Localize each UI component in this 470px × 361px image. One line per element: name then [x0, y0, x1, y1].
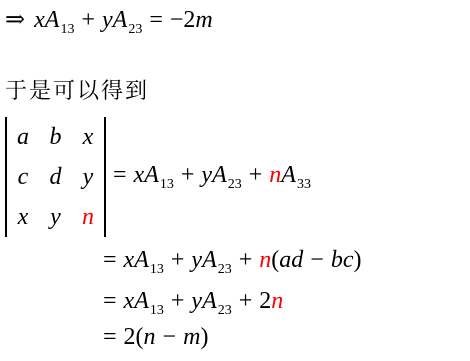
determinant-cell: n	[72, 197, 104, 237]
math-token: +	[181, 162, 195, 189]
math-token: A23	[212, 162, 242, 193]
math-subscript: 23	[218, 262, 232, 279]
math-token: n	[271, 287, 283, 316]
math-token: (	[136, 323, 144, 352]
math-token: −	[310, 246, 324, 275]
math-token: y	[201, 162, 212, 189]
math-token: =	[103, 323, 117, 352]
math-token: n	[144, 323, 156, 352]
math-token: =	[113, 162, 127, 189]
equation-line-result: =2(n−m)	[96, 323, 208, 352]
math-token: (	[271, 246, 279, 275]
math-token: +	[249, 162, 263, 189]
math-token: d	[50, 164, 62, 191]
equation-line-simplified: =xA13+yA23+2n	[96, 287, 283, 320]
math-token: A13	[134, 246, 164, 279]
math-token: y	[83, 164, 94, 191]
math-token: −2	[170, 6, 196, 35]
determinant-equation-line: a b x c d y x y n =xA13+yA23+nA33	[5, 117, 311, 237]
math-token: c	[18, 164, 29, 191]
math-token: x	[18, 204, 29, 231]
math-token: x	[83, 124, 94, 151]
math-token: +	[239, 287, 253, 316]
math-subscript: 13	[60, 22, 74, 39]
math-token: ad	[279, 246, 303, 275]
math-token: m	[195, 6, 212, 35]
math-token: )	[200, 323, 208, 352]
math-token: y	[50, 204, 61, 231]
determinant-cell: a	[7, 117, 39, 157]
math-subscript: 23	[128, 22, 142, 39]
math-token: x	[124, 287, 135, 316]
math-token: 2	[124, 323, 136, 352]
math-subscript: 13	[150, 303, 164, 320]
math-token: A33	[281, 162, 311, 193]
page: { "page": { "background": "#ffffff", "te…	[0, 0, 470, 361]
math-token: n	[82, 204, 94, 231]
determinant-cell: y	[72, 157, 104, 197]
math-token: +	[239, 246, 253, 275]
determinant-cell: x	[72, 117, 104, 157]
determinant: a b x c d y x y n	[5, 117, 106, 237]
math-token: +	[81, 6, 95, 35]
math-token: A13	[134, 287, 164, 320]
determinant-cell: x	[7, 197, 39, 237]
math-token: A23	[113, 6, 143, 39]
math-token: A13	[45, 6, 75, 39]
math-token: y	[102, 6, 113, 35]
determinant-expansion-rhs: =xA13+yA23+nA33	[106, 162, 311, 193]
math-subscript: 13	[160, 177, 174, 193]
math-token: x	[124, 246, 135, 275]
math-token: A23	[202, 287, 232, 320]
math-token: ⇒	[5, 6, 25, 35]
math-token: x	[34, 6, 45, 35]
math-token: m	[183, 323, 200, 352]
determinant-cell: b	[39, 117, 72, 157]
math-token: =	[103, 287, 117, 316]
math-token: =	[103, 246, 117, 275]
math-token: y	[191, 287, 202, 316]
math-subscript: 23	[218, 303, 232, 320]
math-token: A23	[202, 246, 232, 279]
math-token: )	[354, 246, 362, 275]
math-token: −	[163, 323, 177, 352]
math-token: +	[171, 246, 185, 275]
math-token: 2	[259, 287, 271, 316]
math-token: n	[259, 246, 271, 275]
math-token: b	[50, 124, 62, 151]
determinant-cell: c	[7, 157, 39, 197]
chinese-caption: 于是可以得到	[5, 74, 149, 105]
math-token: bc	[331, 246, 354, 275]
math-token: x	[134, 162, 145, 189]
math-subscript: 13	[150, 262, 164, 279]
math-token: +	[171, 287, 185, 316]
determinant-cell: d	[39, 157, 72, 197]
math-token: y	[191, 246, 202, 275]
math-token: A13	[144, 162, 174, 193]
equation-line-cofactor-expanded: =xA13+yA23+n(ad−bc)	[96, 246, 362, 279]
implication-equation-line: ⇒xA13+yA23=−2m	[5, 6, 213, 39]
math-token: a	[17, 124, 29, 151]
determinant-cell: y	[39, 197, 72, 237]
math-token: =	[149, 6, 163, 35]
math-token: n	[269, 162, 281, 189]
math-subscript: 33	[297, 177, 311, 193]
math-subscript: 23	[228, 177, 242, 193]
